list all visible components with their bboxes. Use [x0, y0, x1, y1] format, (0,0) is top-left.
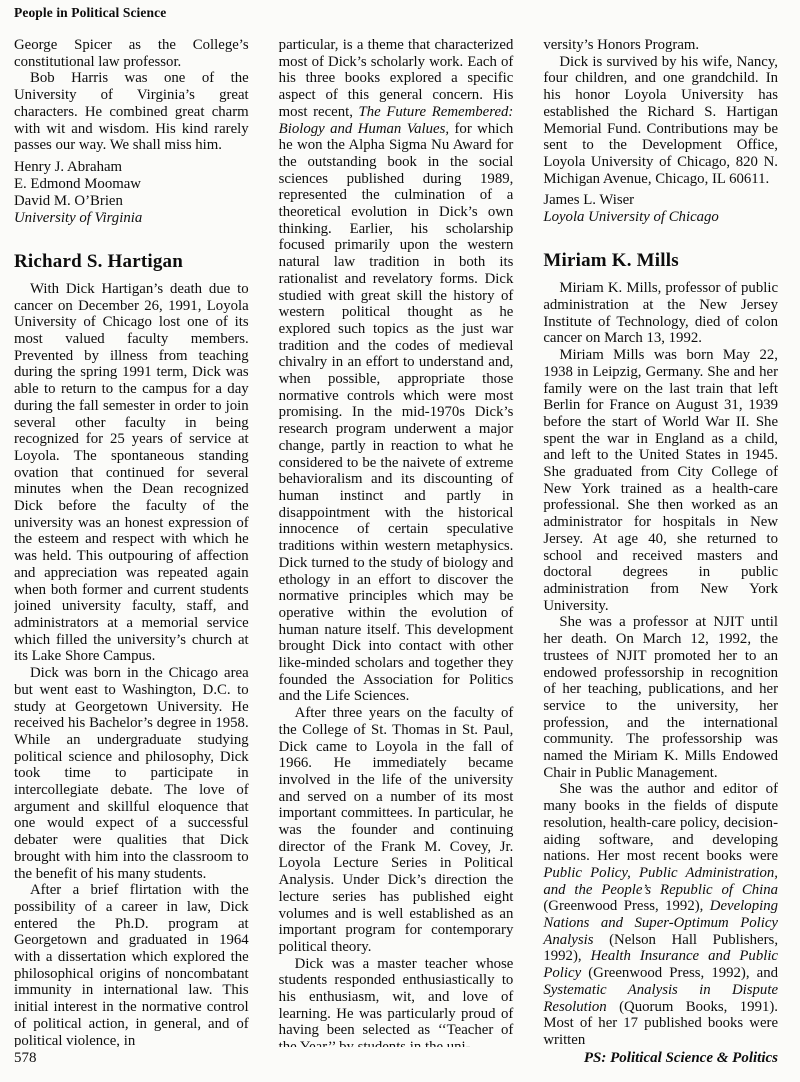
paragraph-text: (Greenwood Press, 1992), [543, 898, 709, 914]
paragraph: With Dick Hartigan’s death due to cancer… [14, 281, 249, 665]
obituary-heading-hartigan: Richard S. Hartigan [14, 252, 249, 272]
signature-name: David M. O’Brien [14, 193, 249, 210]
signature-block: Henry J. Abraham E. Edmond Moomaw David … [14, 159, 249, 227]
paragraph: She was the author and editor of many bo… [543, 781, 778, 1047]
page-number: 578 [14, 1050, 37, 1067]
paragraph: After three years on the faculty of the … [279, 705, 514, 956]
paragraph: Bob Harris was one of the University of … [14, 70, 249, 154]
paragraph: Dick is survived by his wife, Nancy, fou… [543, 54, 778, 188]
paragraph: She was a professor at NJIT until her de… [543, 614, 778, 781]
paragraph: Miriam K. Mills, professor of public adm… [543, 280, 778, 347]
page-footer: 578 PS: Political Science & Politics [14, 1050, 778, 1067]
signature-block: James L. Wiser Loyola University of Chic… [543, 192, 778, 226]
paragraph-text: She was the author and editor of many bo… [543, 781, 778, 864]
paragraph-continuation: particular, is a theme that characterize… [279, 37, 514, 705]
signature-name: James L. Wiser [543, 192, 778, 209]
journal-page: People in Political Science George Spice… [0, 0, 800, 1082]
paragraph-text: for which he won the Alpha Sigma Nu Awar… [279, 121, 514, 705]
obituary-heading-mills: Miriam K. Mills [543, 251, 778, 271]
journal-title: PS: Political Science & Politics [584, 1050, 778, 1067]
column-2: particular, is a theme that characterize… [279, 37, 514, 1047]
paragraph-continuation: versity’s Honors Program. [543, 37, 778, 54]
three-column-layout: George Spicer as the College’s constitut… [14, 37, 778, 1047]
book-title: Public Policy, Public Administration, an… [543, 865, 778, 898]
paragraph-continuation: George Spicer as the College’s constitut… [14, 37, 249, 70]
signature-name: Henry J. Abraham [14, 159, 249, 176]
paragraph: Dick was born in the Chicago area but we… [14, 665, 249, 882]
signature-affiliation: University of Virginia [14, 210, 249, 227]
paragraph: After a brief flirtation with the possib… [14, 882, 249, 1047]
signature-affiliation: Loyola University of Chicago [543, 209, 778, 226]
paragraph: Dick was a master teacher whose students… [279, 956, 514, 1047]
signature-name: E. Edmond Moomaw [14, 176, 249, 193]
paragraph: Miriam Mills was born May 22, 1938 in Le… [543, 347, 778, 614]
column-3: versity’s Honors Program. Dick is surviv… [543, 37, 778, 1047]
paragraph-text: (Greenwood Press, 1992), and [581, 965, 778, 981]
column-1: George Spicer as the College’s constitut… [14, 37, 249, 1047]
section-header: People in Political Science [14, 5, 778, 21]
